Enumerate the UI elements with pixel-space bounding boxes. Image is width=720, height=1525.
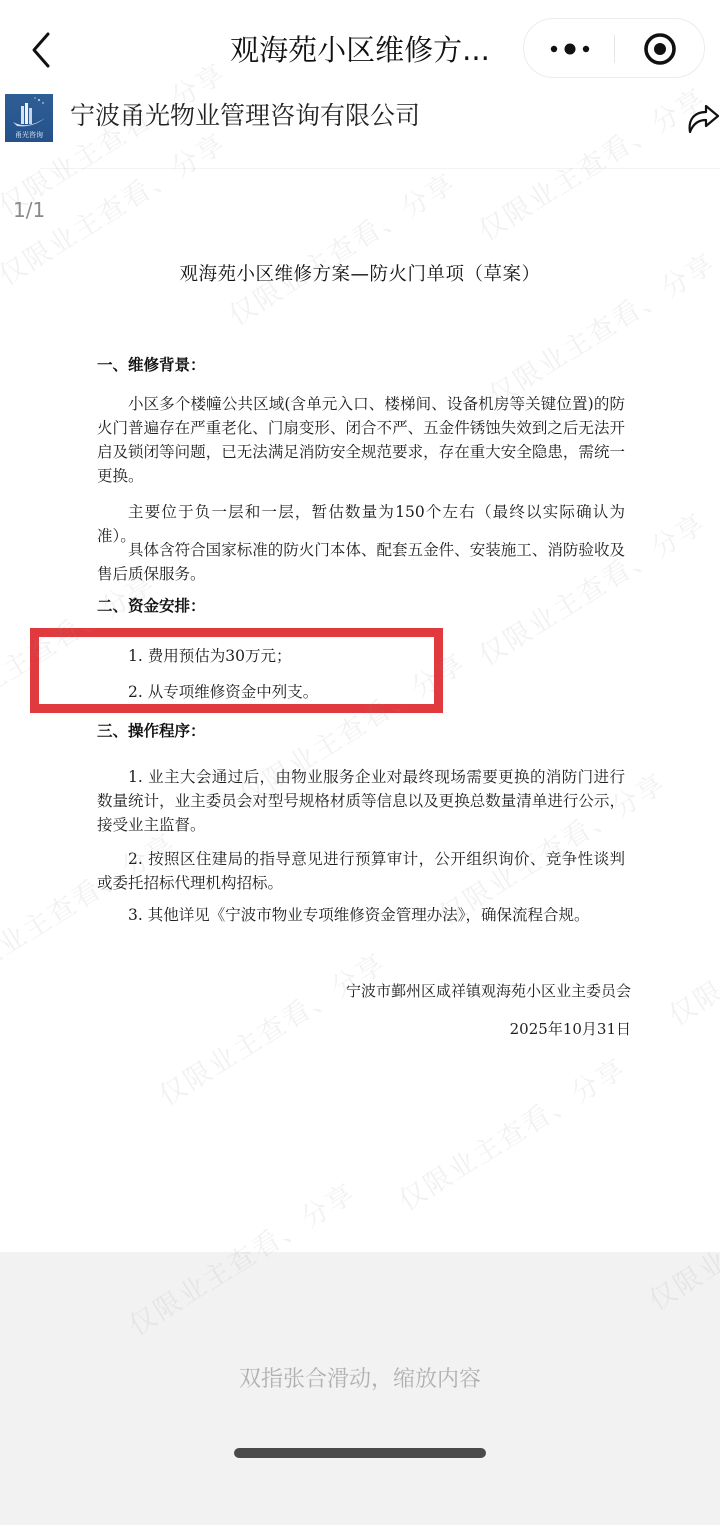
share-arrow-icon: [684, 96, 720, 136]
red-highlight-box: [30, 628, 443, 713]
company-name[interactable]: 宁波甬光物业管理咨询有限公司: [70, 98, 420, 134]
paragraph-background: 小区多个楼幢公共区域(含单元入口、楼梯间、设备机房等关键位置)的防火门普遍存在严…: [97, 392, 625, 488]
zoom-hint-text: 双指张合滑动，缩放内容: [0, 1364, 720, 1396]
procedure-step-1: 1. 业主大会通过后，由物业服务企业对最终现场需要更换的消防门进行数量统计，业主…: [97, 765, 625, 837]
company-logo: 甬光咨询: [5, 94, 53, 142]
page-counter: 1/1: [13, 196, 45, 224]
share-button[interactable]: [684, 96, 720, 136]
target-circle-icon: [642, 31, 678, 67]
chevron-left-icon: [22, 28, 62, 72]
section-heading-procedure: 三、操作程序：: [97, 720, 206, 742]
more-button[interactable]: [524, 19, 614, 79]
header-divider: [40, 168, 720, 169]
home-indicator[interactable]: [234, 1448, 486, 1458]
screen: 观海苑小区维修方...: [0, 0, 720, 1525]
procedure-step-2: 2. 按照区住建局的指导意见进行预算审计，公开组织询价、竞争性谈判或委托招标代理…: [97, 847, 625, 895]
procedure-step-3: 3. 其他详见《宁波市物业专项维修资金管理办法》，确保流程合规。: [97, 903, 625, 927]
paragraph-scope: 具体含符合国家标准的防火门本体、配套五金件、安装施工、消防验收及售后质保服务。: [97, 538, 625, 586]
document-page[interactable]: 观海苑小区维修方案—防火门单项（草案） 一、维修背景： 小区多个楼幢公共区域(含…: [0, 170, 720, 1252]
page-title: 观海苑小区维修方...: [200, 28, 520, 72]
signature-org: 宁波市鄞州区咸祥镇观海苑小区业主委员会: [346, 980, 631, 1002]
building-logo-icon: [5, 94, 53, 134]
back-button[interactable]: [22, 28, 62, 72]
section-heading-background: 一、维修背景：: [97, 354, 206, 376]
logo-text: 甬光咨询: [5, 131, 53, 139]
more-dots-icon: [548, 37, 592, 61]
zoom-hint-area: 双指张合滑动，缩放内容: [0, 1252, 720, 1525]
signature-date: 2025年10月31日: [510, 1018, 631, 1040]
close-mini-program-button[interactable]: [615, 19, 705, 79]
section-heading-funding: 二、资金安排：: [97, 595, 206, 617]
mini-program-capsule: [523, 18, 705, 78]
document-title: 观海苑小区维修方案—防火门单项（草案）: [0, 262, 720, 288]
company-header: 甬光咨询 宁波甬光物业管理咨询有限公司: [0, 92, 720, 168]
nav-bar: 观海苑小区维修方...: [0, 0, 720, 92]
